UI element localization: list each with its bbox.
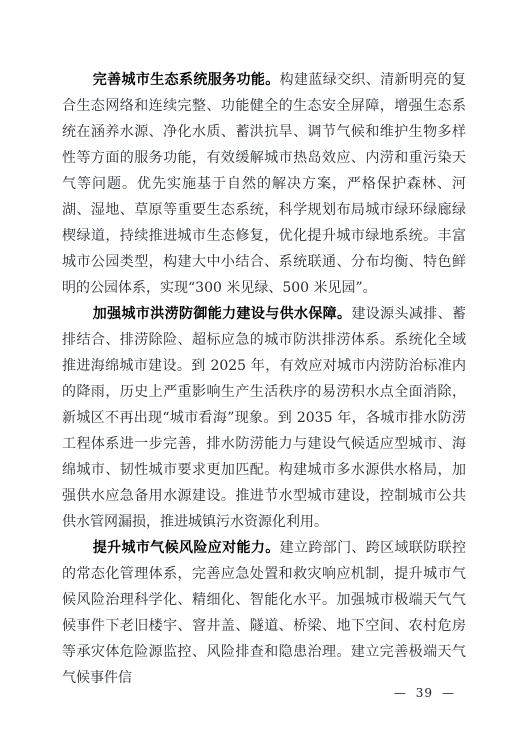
document-body: 完善城市生态系统服务功能。构建蓝绿交织、清新明亮的复合生态网络和连续完整、功能健… — [62, 67, 466, 691]
paragraph-lead: 完善城市生态系统服务功能。 — [93, 72, 280, 88]
paragraph-ecosystem-services: 完善城市生态系统服务功能。构建蓝绿交织、清新明亮的复合生态网络和连续完整、功能健… — [62, 67, 466, 301]
document-page: 完善城市生态系统服务功能。构建蓝绿交织、清新明亮的复合生态网络和连续完整、功能健… — [0, 0, 527, 747]
paragraph-climate-risk: 提升城市气候风险应对能力。建立跨部门、跨区域联防联控的常态化管理体系，完善应急处… — [62, 535, 466, 691]
paragraph-flood-control: 加强城市洪涝防御能力建设与供水保障。建设源头减排、蓄排结合、排涝除险、超标应急的… — [62, 301, 466, 535]
footer-dash-right: — — [442, 686, 455, 700]
paragraph-text: 建设源头减排、蓄排结合、排涝除险、超标应急的城市防洪排涝体系。系统化全域推进海绵… — [62, 306, 466, 530]
page-footer: — 39 — — [394, 686, 455, 700]
paragraph-text: 建立跨部门、跨区域联防联控的常态化管理体系，完善应急处置和救灾响应机制，提升城市… — [62, 540, 466, 686]
paragraph-lead: 提升城市气候风险应对能力。 — [93, 540, 280, 556]
paragraph-lead: 加强城市洪涝防御能力建设与供水保障。 — [93, 306, 352, 322]
page-number: 39 — [416, 686, 433, 700]
paragraph-text: 构建蓝绿交织、清新明亮的复合生态网络和连续完整、功能健全的生态安全屏障，增强生态… — [62, 72, 466, 296]
footer-dash-left: — — [394, 686, 407, 700]
